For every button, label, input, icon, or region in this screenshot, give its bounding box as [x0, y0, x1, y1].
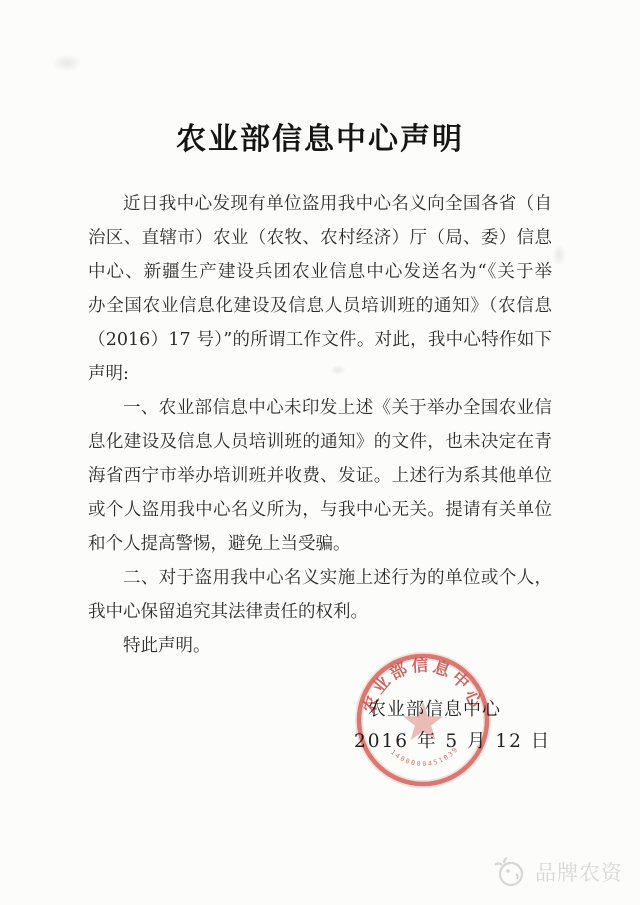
body-line: 或个人盗用我中心名义所为，与我中心无关。提请有关单位: [88, 493, 552, 527]
stamp-serial-illegible: 1400000451039: [389, 745, 460, 768]
body-line: 一、农业部信息中心未印发上述《关于举办全国农业信: [88, 391, 552, 425]
document-body: 近日我中心发现有单位盗用我中心名义向全国各省（自 治区、直辖市）农业（农牧、农村…: [88, 187, 552, 663]
watermark: 品牌农资: [492, 856, 623, 888]
body-line: 海省西宁市举办培训班并收费、发证。上述行为系其他单位: [88, 459, 552, 493]
body-line: 和个人提高警惕，避免上当受骗。: [88, 527, 552, 561]
body-line: 近日我中心发现有单位盗用我中心名义向全国各省（自: [88, 187, 552, 221]
body-line: 我中心保留追究其法律责任的权利。: [88, 595, 552, 629]
document-title: 农业部信息中心声明: [0, 114, 640, 158]
body-line: 二、对于盗用我中心名义实施上述行为的单位或个人，: [88, 561, 552, 595]
body-line: 治区、直辖市）农业（农牧、农村经济）厅（局、委）信息: [88, 221, 552, 255]
official-red-stamp: 农 业 部 信 息 中 心 1400000451039: [352, 649, 494, 791]
watermark-logo-icon: [492, 856, 526, 888]
watermark-label: 品牌农资: [535, 857, 623, 887]
body-line: 中心、新疆生产建设兵团农业信息中心发送名为“《关于举: [88, 255, 552, 289]
svg-text:信: 信: [411, 655, 429, 676]
scan-artifact: [552, 244, 566, 266]
body-line: （2016）17 号）”的所谓工作文件。对此，我中心特作如下: [88, 323, 552, 357]
body-line: 息化建设及信息人员培训班的通知》的文件，也未决定在青: [88, 425, 552, 459]
scanned-document-page: 农业部信息中心声明 近日我中心发现有单位盗用我中心名义向全国各省（自 治区、直辖…: [0, 0, 640, 905]
body-line: 声明:: [88, 357, 552, 391]
stamp-star: [403, 702, 443, 740]
body-line: 办全国农业信息化建设及信息人员培训班的通知》（农信息: [88, 289, 552, 323]
scan-artifact: [52, 54, 82, 72]
